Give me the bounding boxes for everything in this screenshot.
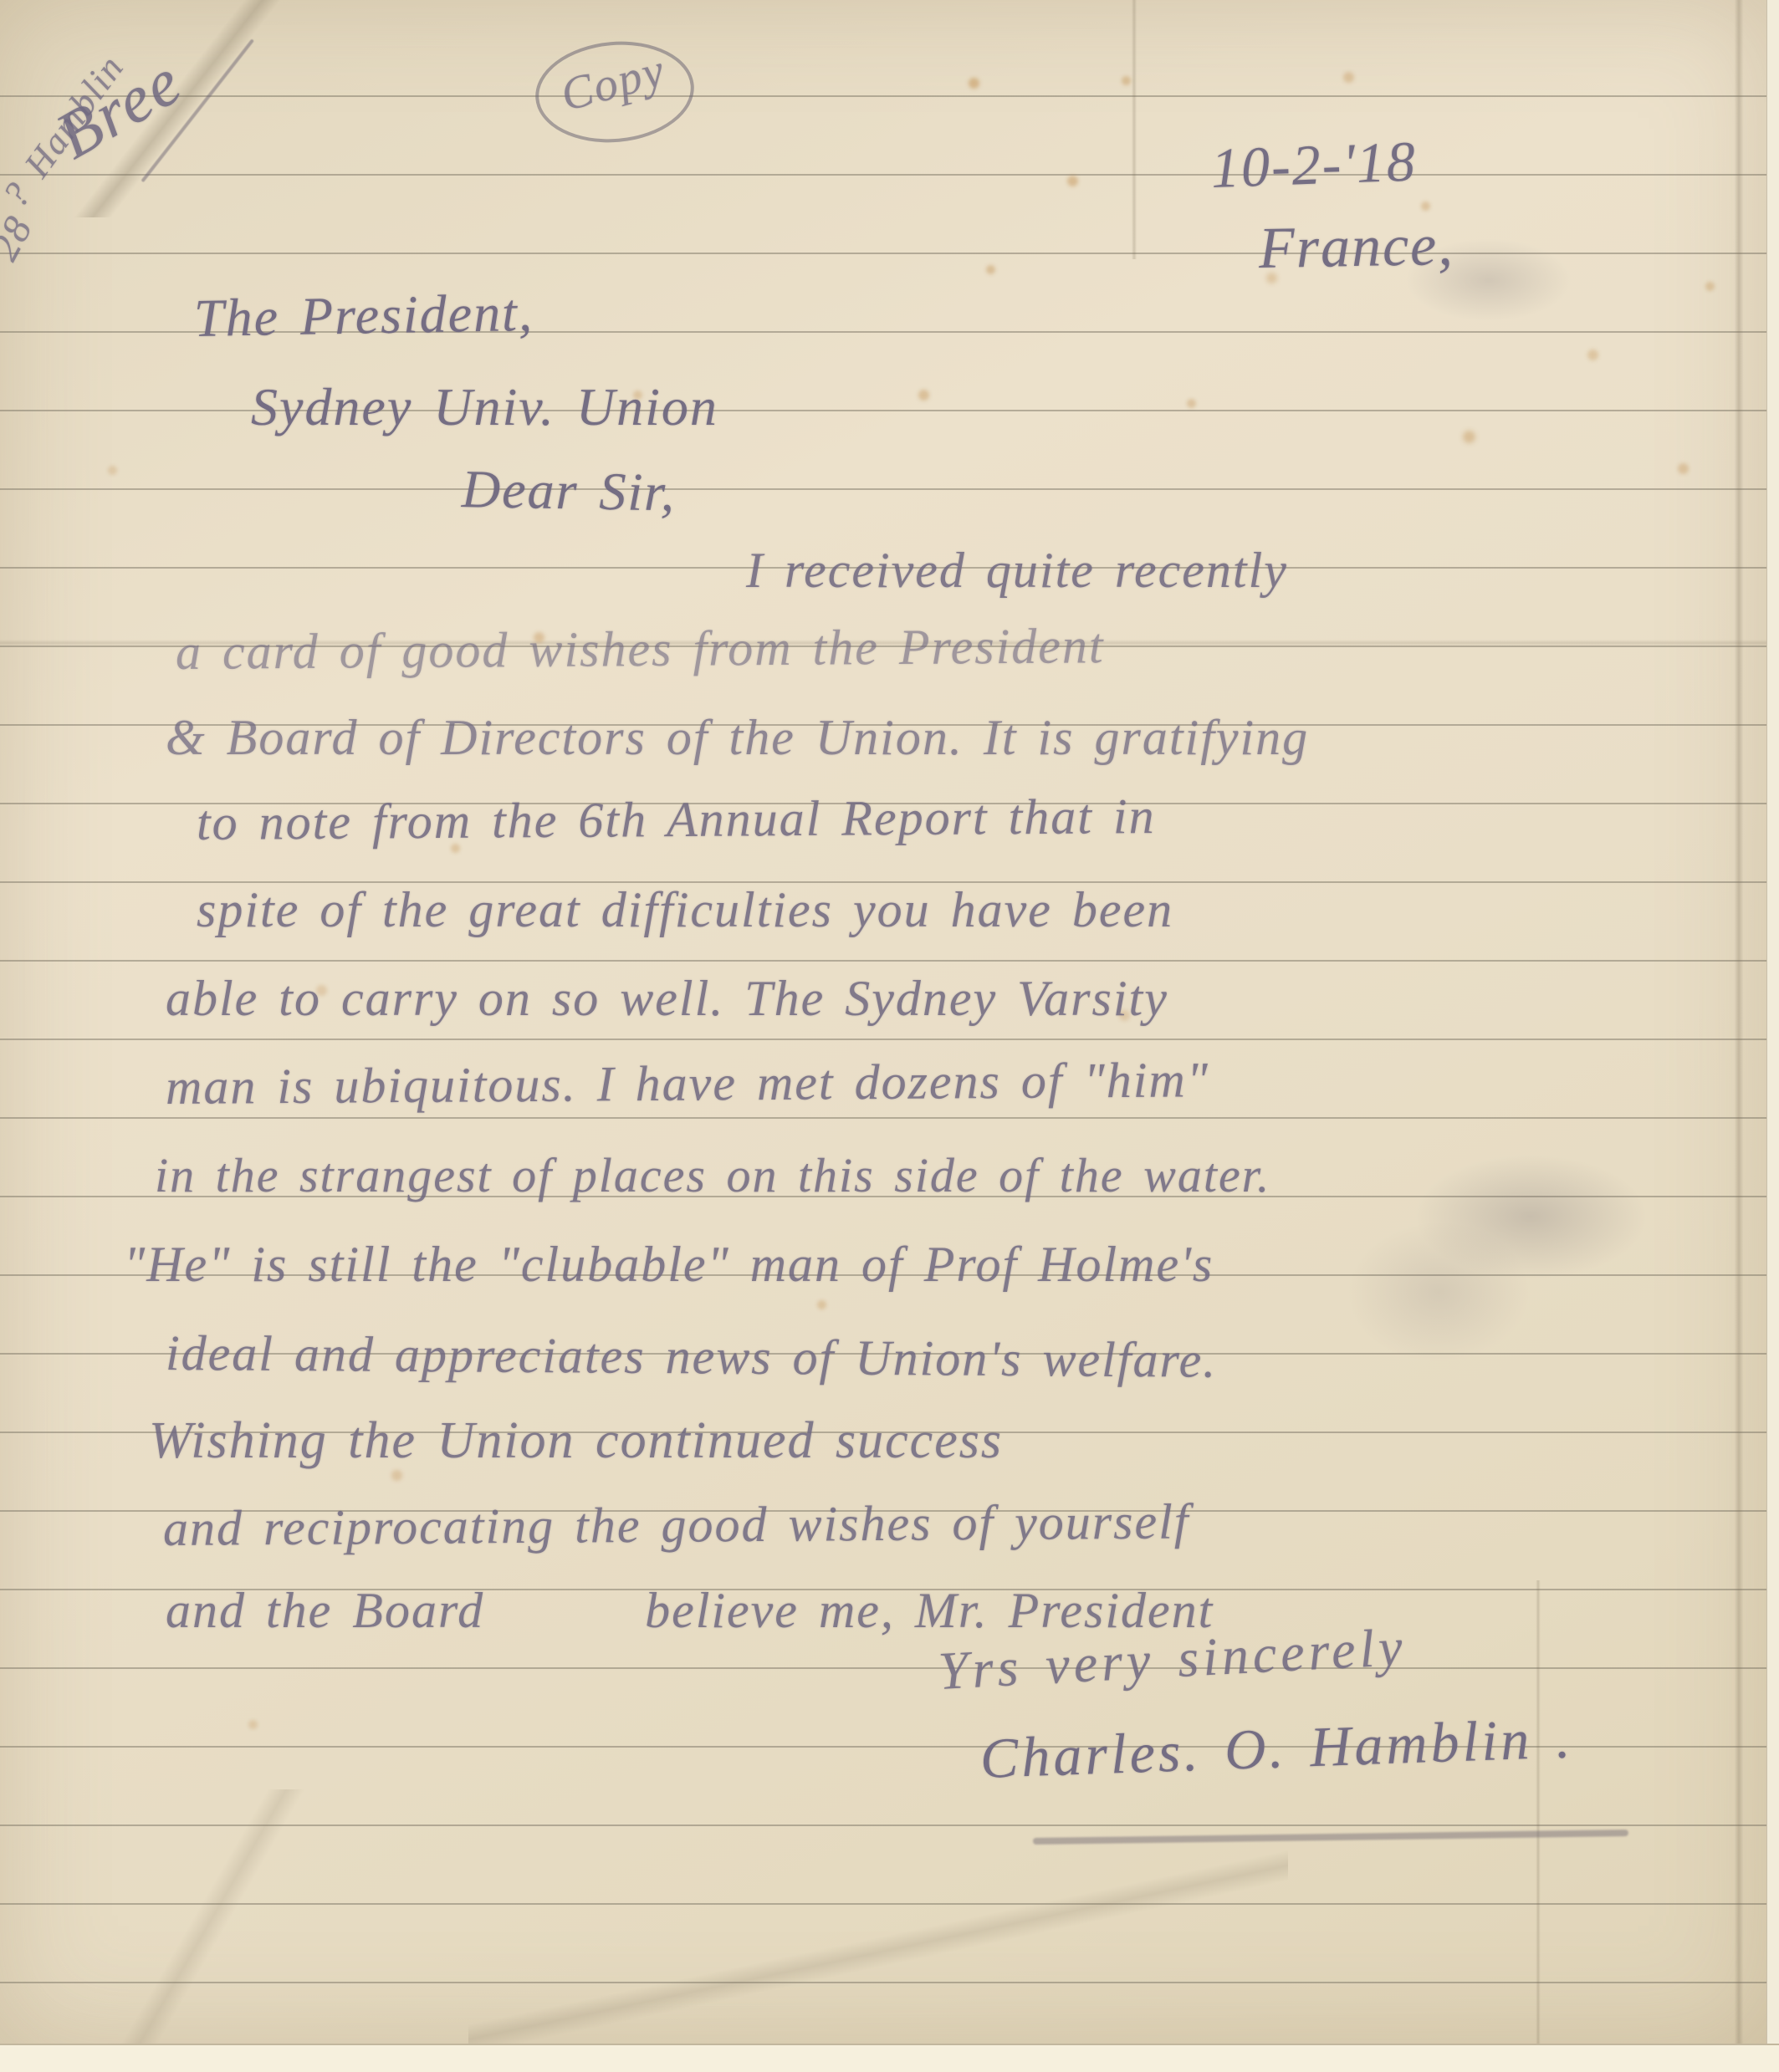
crease-bottom-diagonal [468, 1848, 1288, 2057]
annotation-margin-number: 28 [0, 208, 43, 268]
signature-underline [1033, 1830, 1628, 1845]
letter-place: France, [1258, 212, 1454, 283]
body-line: in the strangest of places on this side … [155, 1147, 1270, 1203]
body-line: ideal and appreciates news of Union's we… [166, 1324, 1218, 1390]
ruled-paper: ? Hamblin Bree 28 Copy 10-2-'18 France, … [0, 0, 1766, 2044]
body-line: "He" is still the "clubable" man of Prof… [124, 1236, 1214, 1294]
signature: Charles. O. Hamblin . [979, 1705, 1575, 1792]
crease-top-right-vertical [1127, 0, 1141, 259]
copy-stamp-label: Copy [555, 43, 671, 122]
foxing-spots [0, 0, 8, 8]
copy-stamp-circle: Copy [531, 35, 698, 149]
body-line: I received quite recently [746, 542, 1288, 600]
body-line: Wishing the Union continued success [149, 1411, 1003, 1471]
letter-date: 10-2-'18 [1210, 128, 1418, 202]
salutation: Dear Sir, [461, 458, 676, 523]
smudge-prof-holmes [1347, 1221, 1531, 1363]
body-line: and reciprocating the good wishes of you… [163, 1493, 1190, 1558]
body-line: man is ubiquitous. I have met dozens of … [166, 1051, 1209, 1116]
body-line: to note from the 6th Annual Report that … [197, 788, 1156, 852]
crease-bottom-left-diagonal [0, 1789, 443, 2057]
crease-bottom-right-vertical [1532, 1580, 1544, 2044]
body-line: and the Board believe me, Mr. President [166, 1582, 1214, 1640]
scanned-letter-page: ? Hamblin Bree 28 Copy 10-2-'18 France, … [0, 0, 1779, 2072]
scan-backing-right-edge [1766, 0, 1779, 2044]
body-line: & Board of Directors of the Union. It is… [166, 709, 1309, 767]
address-line-recipient: The President, [193, 282, 534, 350]
address-line-organisation: Sydney Univ. Union [251, 376, 718, 438]
body-line: spite of the great difficulties you have… [197, 881, 1173, 939]
body-line: able to carry on so well. The Sydney Var… [166, 970, 1168, 1028]
smudge-right-middle [1413, 1154, 1648, 1279]
crease-right-edge-vertical [1730, 0, 1748, 2044]
scan-backing-bottom-edge [0, 2044, 1779, 2072]
body-line: a card of good wishes from the President [176, 617, 1105, 681]
